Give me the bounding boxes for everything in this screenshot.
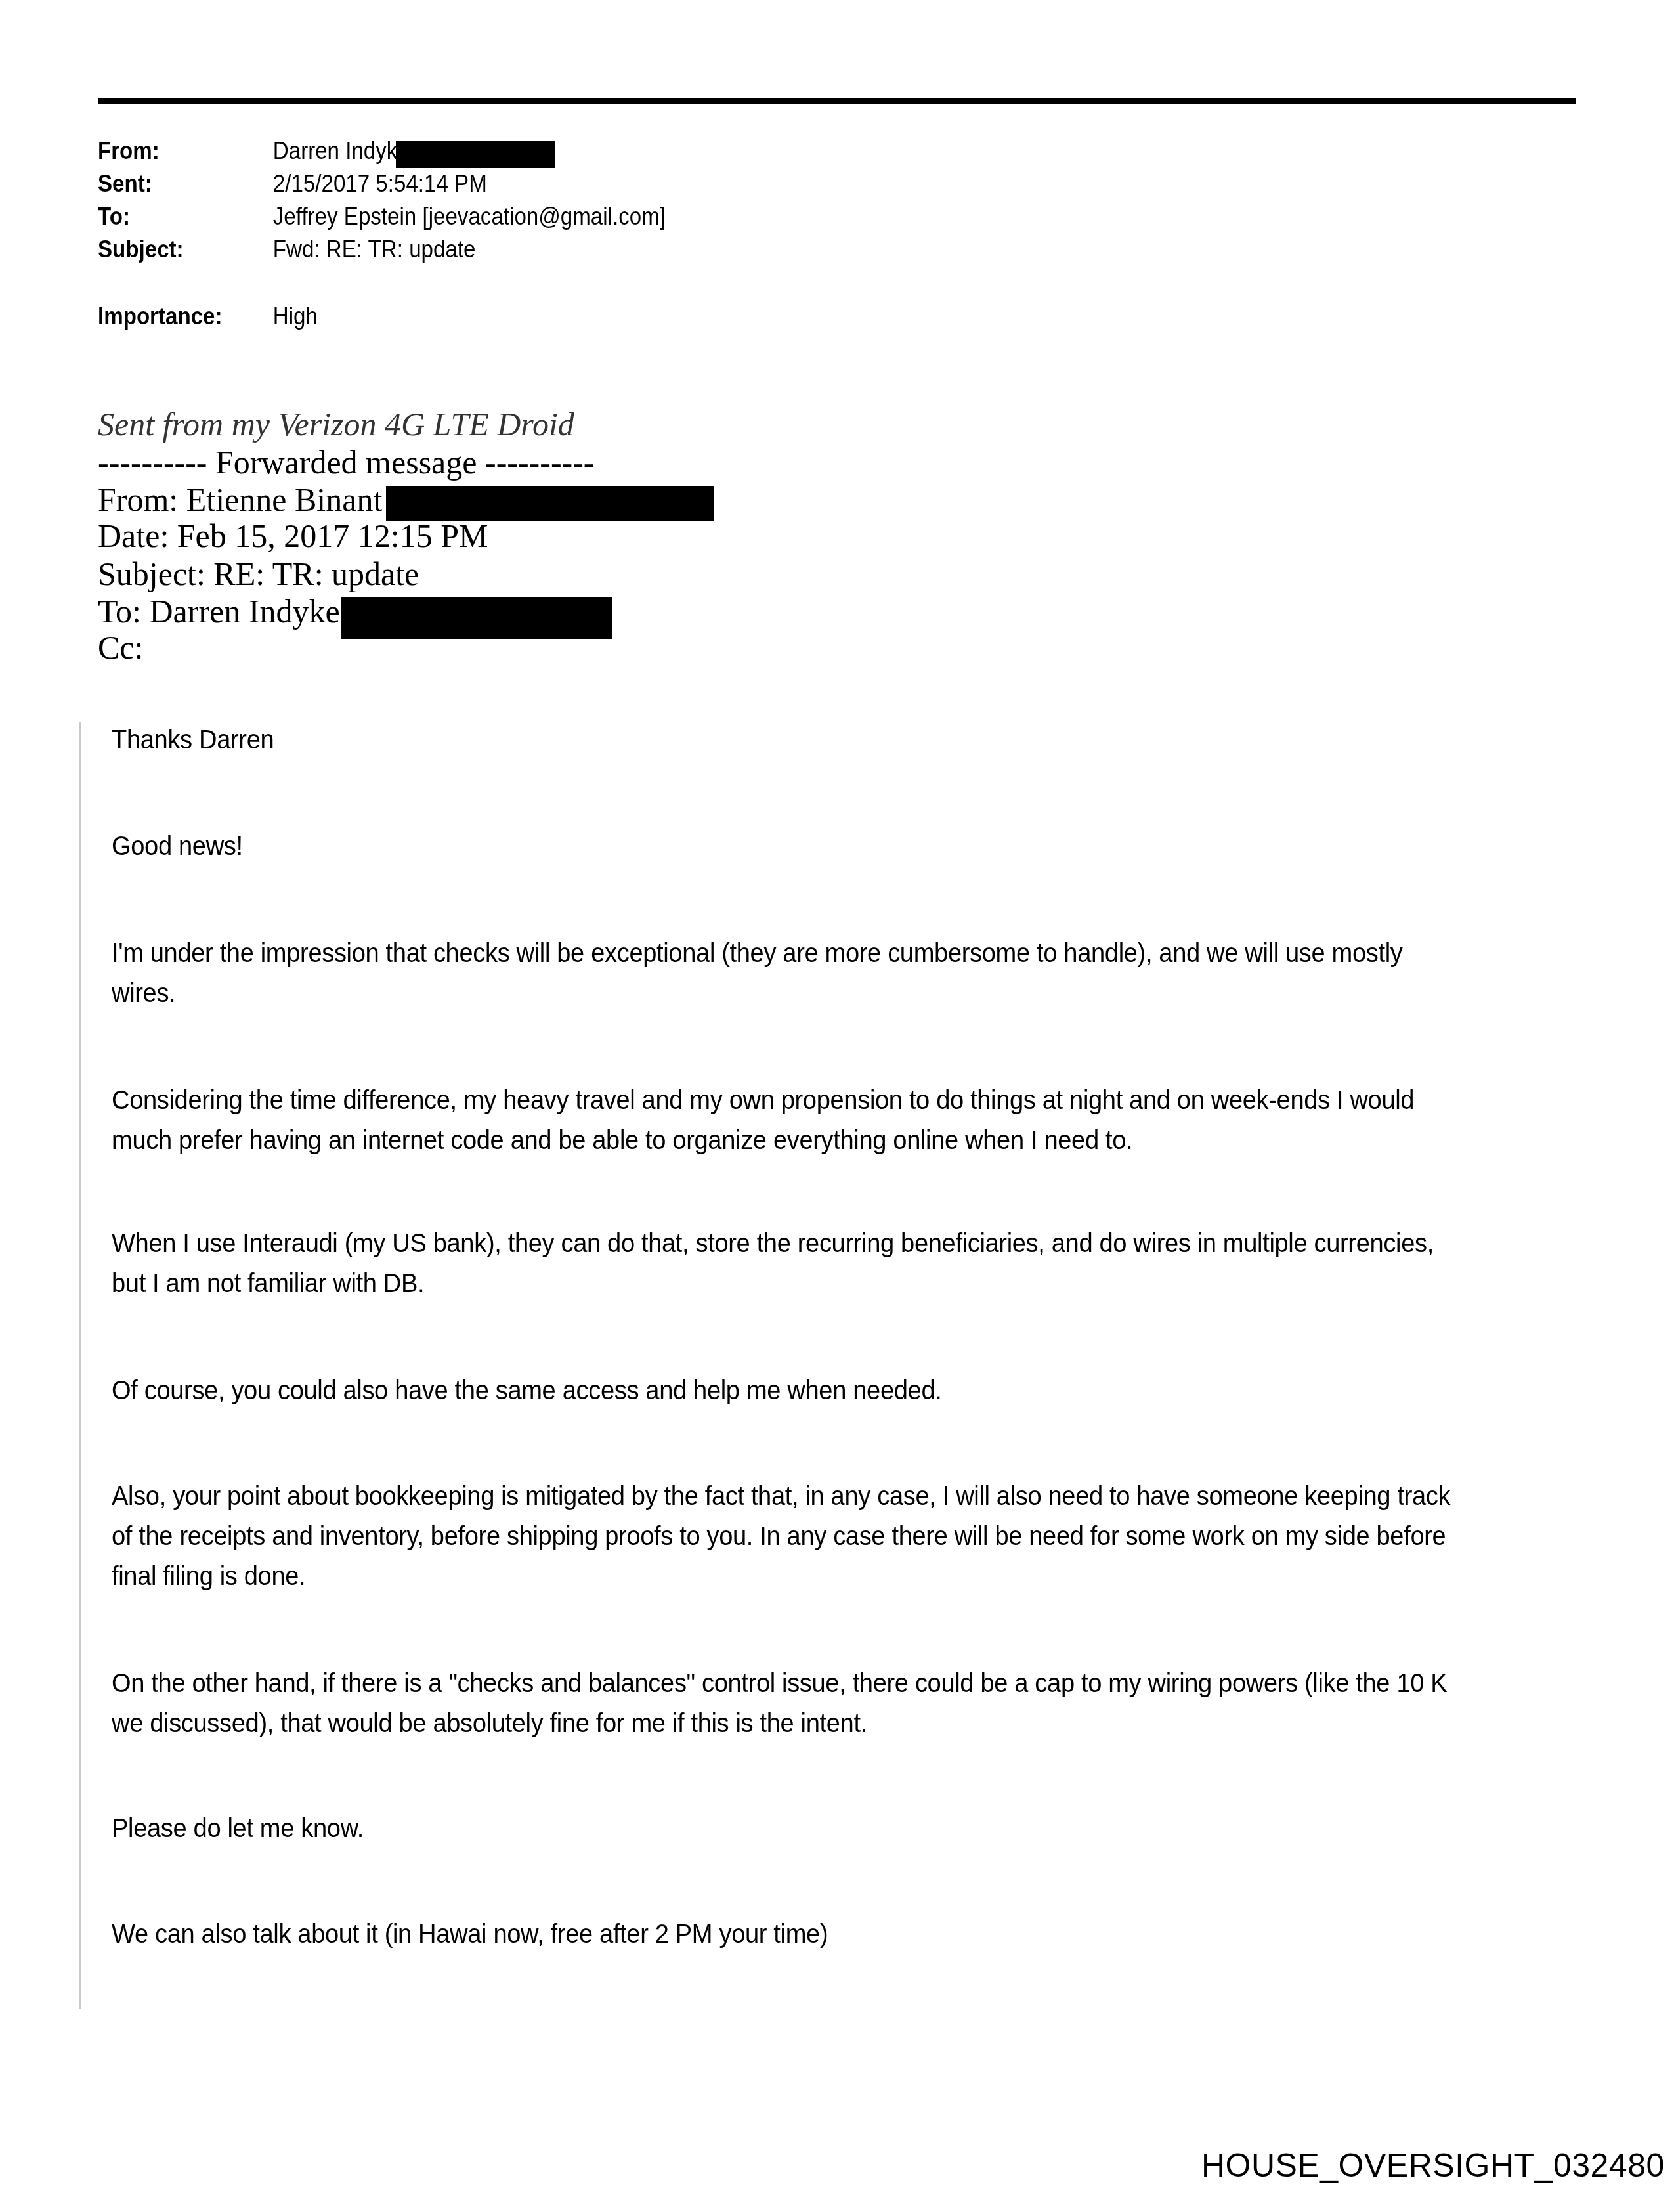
forwarded-cc: Cc:	[98, 629, 143, 666]
forwarded-from: From: Etienne Binant	[98, 481, 382, 518]
header-divider-rule	[98, 98, 1576, 104]
to-label: To:	[98, 202, 130, 231]
body-paragraph: Of course, you could also have the same …	[112, 1370, 1473, 1410]
subject-label: Subject:	[98, 235, 184, 264]
forwarded-to: To: Darren Indyke	[98, 593, 340, 630]
from-label: From:	[98, 137, 160, 165]
body-paragraph: When I use Interaudi (my US bank), they …	[112, 1223, 1473, 1303]
importance-value: High	[273, 302, 318, 331]
redaction-box	[396, 141, 555, 168]
redaction-box	[341, 597, 612, 639]
body-paragraph: I'm under the impression that checks wil…	[112, 933, 1473, 1013]
forwarded-divider: ---------- Forwarded message ----------	[98, 444, 595, 481]
body-paragraph: Also, your point about bookkeeping is mi…	[112, 1476, 1473, 1596]
body-paragraph: Thanks Darren	[112, 720, 1473, 760]
redaction-box	[386, 486, 714, 521]
body-paragraph: Considering the time difference, my heav…	[112, 1080, 1473, 1160]
body-paragraph: We can also talk about it (in Hawai now,…	[112, 1914, 1473, 1954]
from-value: Darren Indyke	[273, 137, 410, 165]
body-paragraph: Please do let me know.	[112, 1808, 1473, 1848]
forwarded-subject: Subject: RE: TR: update	[98, 555, 419, 592]
forwarded-date: Date: Feb 15, 2017 12:15 PM	[98, 517, 488, 554]
to-value: Jeffrey Epstein [jeevacation@gmail.com]	[273, 202, 666, 231]
body-paragraph: Good news!	[112, 826, 1473, 866]
mobile-signature: Sent from my Verizon 4G LTE Droid	[98, 406, 574, 443]
sent-label: Sent:	[98, 169, 152, 198]
sent-value: 2/15/2017 5:54:14 PM	[273, 169, 487, 198]
body-paragraph: On the other hand, if there is a "checks…	[112, 1663, 1473, 1743]
subject-value: Fwd: RE: TR: update	[273, 235, 476, 264]
document-id-stamp: HOUSE_OVERSIGHT_032480	[1201, 2146, 1665, 2185]
importance-label: Importance:	[98, 302, 223, 331]
quote-bar	[79, 722, 81, 2009]
